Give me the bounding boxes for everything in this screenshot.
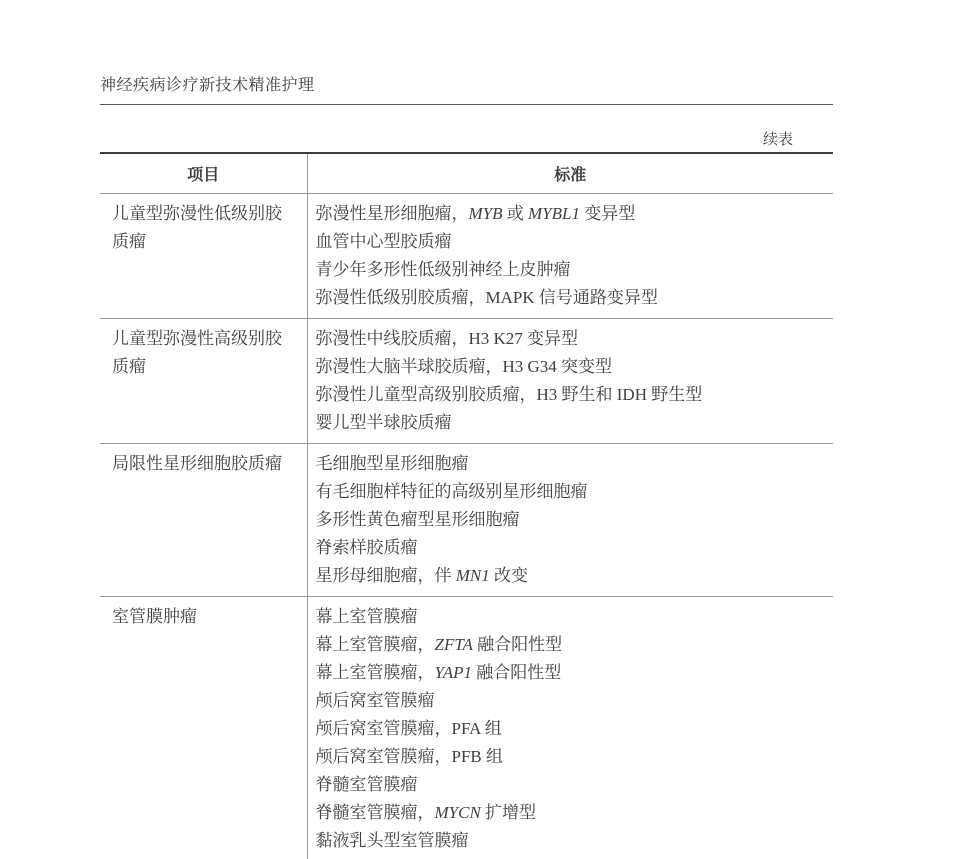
standard-line: 弥漫性星形细胞瘤，MYB 或 MYBL1 变异型 [316,200,824,228]
item-cell: 室管膜肿瘤 [100,596,307,859]
book-page: 神经疾病诊疗新技术精准护理 续表 项目 标准 儿童型弥漫性低级别胶质瘤弥漫性星形… [0,0,966,859]
standard-line: 颅后窝室管膜瘤，PFB 组 [316,743,824,771]
table-header: 项目 标准 [100,153,833,193]
gene-symbol: YAP1 [435,663,473,682]
standard-cell: 幕上室管膜瘤幕上室管膜瘤，ZFTA 融合阳性型幕上室管膜瘤，YAP1 融合阳性型… [307,596,833,859]
standard-line: 脊髓室管膜瘤，MYCN 扩增型 [316,799,824,827]
classification-table: 项目 标准 儿童型弥漫性低级别胶质瘤弥漫性星形细胞瘤，MYB 或 MYBL1 变… [100,152,833,859]
standard-text: 颅后窝室管膜瘤，PFA 组 [316,719,502,738]
standard-line: 多形性黄色瘤型星形细胞瘤 [316,506,824,534]
standard-text: 脊髓室管膜瘤 [316,775,418,794]
standard-text: 多形性黄色瘤型星形细胞瘤 [316,510,520,529]
standard-text: 幕上室管膜瘤， [316,663,435,682]
standard-text: 有毛细胞样特征的高级别星形细胞瘤 [316,482,588,501]
standard-text: 弥漫性星形细胞瘤， [316,204,469,223]
standard-line: 脊髓室管膜瘤 [316,771,824,799]
column-header-item: 项目 [100,153,307,193]
standard-cell: 弥漫性中线胶质瘤，H3 K27 变异型弥漫性大脑半球胶质瘤，H3 G34 突变型… [307,318,833,443]
item-cell: 儿童型弥漫性高级别胶质瘤 [100,318,307,443]
standard-line: 脊索样胶质瘤 [316,534,824,562]
page-header-title: 神经疾病诊疗新技术精准护理 [100,77,315,94]
standard-line: 幕上室管膜瘤，YAP1 融合阳性型 [316,659,824,687]
standard-text: 融合阳性型 [472,663,561,682]
standard-line: 弥漫性大脑半球胶质瘤，H3 G34 突变型 [316,353,824,381]
table-row: 室管膜肿瘤幕上室管膜瘤幕上室管膜瘤，ZFTA 融合阳性型幕上室管膜瘤，YAP1 … [100,596,833,859]
table-row: 儿童型弥漫性低级别胶质瘤弥漫性星形细胞瘤，MYB 或 MYBL1 变异型血管中心… [100,193,833,318]
standard-text: 或 [503,204,529,223]
standard-line: 弥漫性儿童型高级别胶质瘤，H3 野生和 IDH 野生型 [316,381,824,409]
standard-text: 颅后窝室管膜瘤 [316,691,435,710]
standard-text: 改变 [490,566,528,585]
standard-text: 脊索样胶质瘤 [316,538,418,557]
standard-line: 血管中心型胶质瘤 [316,228,824,256]
standard-text: 变异型 [580,204,635,223]
gene-symbol: MYB [469,204,503,223]
standard-text: 幕上室管膜瘤， [316,635,435,654]
standard-text: 毛细胞型星形细胞瘤 [316,454,469,473]
standard-line: 婴儿型半球胶质瘤 [316,409,824,437]
gene-symbol: ZFTA [435,635,473,654]
standard-cell: 毛细胞型星形细胞瘤有毛细胞样特征的高级别星形细胞瘤多形性黄色瘤型星形细胞瘤脊索样… [307,443,833,596]
standard-text: 幕上室管膜瘤 [316,607,418,626]
table-row: 局限性星形细胞胶质瘤毛细胞型星形细胞瘤有毛细胞样特征的高级别星形细胞瘤多形性黄色… [100,443,833,596]
standard-line: 弥漫性低级别胶质瘤，MAPK 信号通路变异型 [316,284,824,312]
gene-symbol: MN1 [456,566,490,585]
column-header-standard: 标准 [307,153,833,193]
page-header: 神经疾病诊疗新技术精准护理 [100,72,833,105]
standard-text: 扩增型 [481,803,536,822]
item-cell: 局限性星形细胞胶质瘤 [100,443,307,596]
standard-line: 青少年多形性低级别神经上皮肿瘤 [316,256,824,284]
standard-text: 弥漫性大脑半球胶质瘤，H3 G34 突变型 [316,357,613,376]
standard-text: 血管中心型胶质瘤 [316,232,452,251]
standard-text: 青少年多形性低级别神经上皮肿瘤 [316,260,571,279]
standard-text: 婴儿型半球胶质瘤 [316,413,452,432]
standard-line: 弥漫性中线胶质瘤，H3 K27 变异型 [316,325,824,353]
table-header-row: 项目 标准 [100,153,833,193]
gene-symbol: MYCN [435,803,481,822]
continued-table-label: 续表 [100,128,833,149]
standard-text: 脊髓室管膜瘤， [316,803,435,822]
standard-line: 黏液乳头型室管膜瘤 [316,827,824,855]
standard-line: 幕上室管膜瘤，ZFTA 融合阳性型 [316,631,824,659]
standard-text: 融合阳性型 [473,635,562,654]
standard-line: 颅后窝室管膜瘤 [316,687,824,715]
standard-line: 毛细胞型星形细胞瘤 [316,450,824,478]
table-row: 儿童型弥漫性高级别胶质瘤弥漫性中线胶质瘤，H3 K27 变异型弥漫性大脑半球胶质… [100,318,833,443]
standard-text: 颅后窝室管膜瘤，PFB 组 [316,747,504,766]
standard-text: 弥漫性低级别胶质瘤，MAPK 信号通路变异型 [316,288,658,307]
standard-line: 有毛细胞样特征的高级别星形细胞瘤 [316,478,824,506]
standard-text: 黏液乳头型室管膜瘤 [316,831,469,850]
standard-text: 弥漫性儿童型高级别胶质瘤，H3 野生和 IDH 野生型 [316,385,703,404]
standard-text: 星形母细胞瘤，伴 [316,566,456,585]
standard-line: 颅后窝室管膜瘤，PFA 组 [316,715,824,743]
gene-symbol: MYBL1 [528,204,580,223]
standard-cell: 弥漫性星形细胞瘤，MYB 或 MYBL1 变异型血管中心型胶质瘤青少年多形性低级… [307,193,833,318]
standard-line: 星形母细胞瘤，伴 MN1 改变 [316,562,824,590]
table-body: 儿童型弥漫性低级别胶质瘤弥漫性星形细胞瘤，MYB 或 MYBL1 变异型血管中心… [100,193,833,859]
standard-text: 弥漫性中线胶质瘤，H3 K27 变异型 [316,329,579,348]
standard-line: 幕上室管膜瘤 [316,603,824,631]
item-cell: 儿童型弥漫性低级别胶质瘤 [100,193,307,318]
